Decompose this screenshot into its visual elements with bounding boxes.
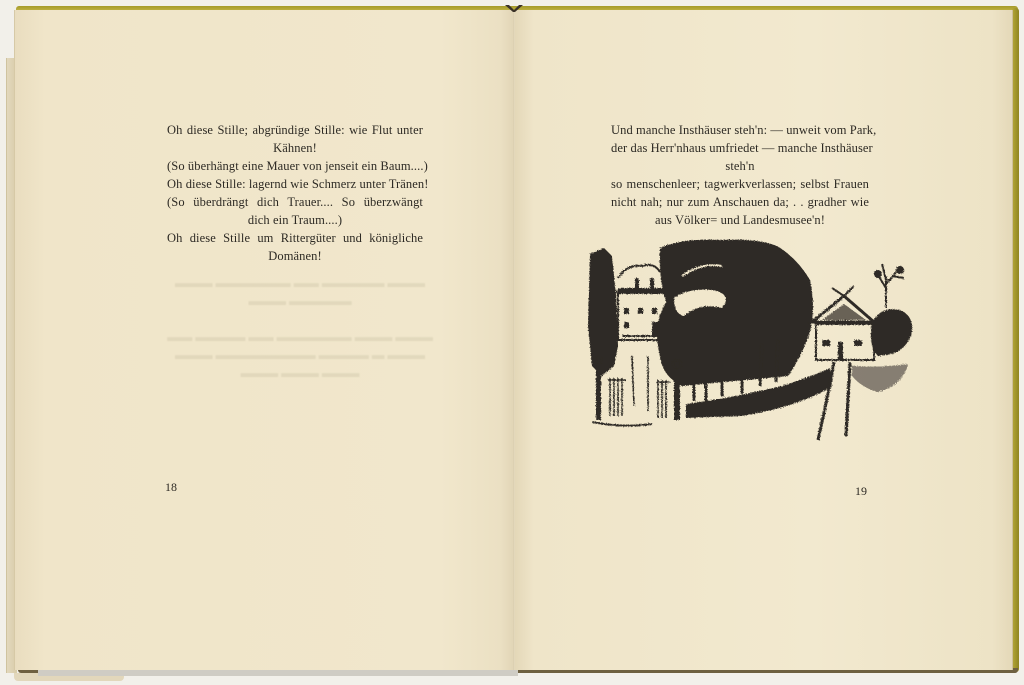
poem-line: Und manche Insthäuser steh'n: — unweit v… [611,121,869,139]
poem-line: nicht nah; nur zum Anschauen da; . . gra… [611,193,869,211]
poem-line: Oh diese Stille: lagernd wie Schmerz unt… [167,175,423,193]
spine-notch-icon [505,5,523,13]
right-page-poem: Und manche Insthäuser steh'n: — unweit v… [611,121,869,229]
poem-line: Kähnen! [167,139,423,157]
poem-line: der das Herr'nhaus umfriedet — manche In… [611,139,869,157]
poem-line: (So überhängt eine Mauer von jenseit ein… [167,157,423,175]
poem-line: dich ein Traum....) [167,211,423,229]
poem-line: Oh diese Stille; abgründige Stille: wie … [167,121,423,139]
left-page-poem: Oh diese Stille; abgründige Stille: wie … [167,121,423,265]
poem-line: so menschenleer; tagwerkverlassen; selbs… [611,175,869,193]
book-spine [513,10,515,670]
page-number-right: 19 [855,484,867,499]
poem-line: Domänen! [167,247,423,265]
page-number-left: 18 [165,480,177,495]
cover-right-edge [1012,8,1019,672]
poem-line: steh'n [611,157,869,175]
lithograph-illustration [582,236,918,448]
poem-line: (So überdrängt dich Trauer.... So überzw… [167,193,423,211]
open-book: ▬▬▬ ▬▬▬▬▬▬ ▬▬ ▬▬▬▬▬ ▬▬▬ ▬▬▬ ▬▬▬▬▬ ▬▬ ▬▬▬… [0,0,1024,685]
poem-line: aus Völker= und Landesmusee'n! [611,211,869,229]
poem-line: Oh diese Stille um Rittergüter und könig… [167,229,423,247]
show-through-text: ▬▬▬ ▬▬▬▬▬▬ ▬▬ ▬▬▬▬▬ ▬▬▬ ▬▬▬ ▬▬▬▬▬ ▬▬ ▬▬▬… [160,274,440,382]
